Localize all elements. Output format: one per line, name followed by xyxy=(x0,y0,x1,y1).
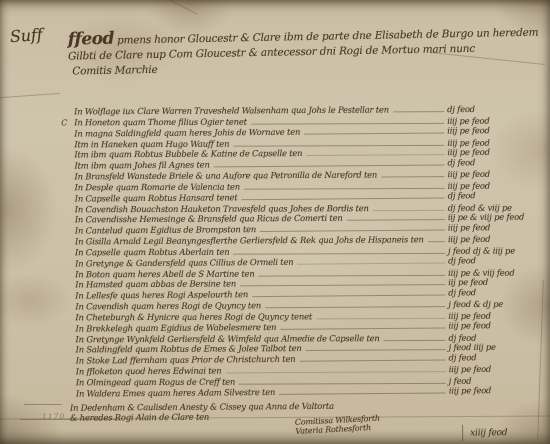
leader-line xyxy=(279,392,446,394)
leader-line xyxy=(381,176,444,177)
entry-text: In Boton quam heres Abell de S Martine t… xyxy=(75,269,254,279)
fee-amount: dj feod xyxy=(448,255,540,265)
fee-amount: iiij pe feod xyxy=(447,125,539,135)
entry-text: In Lellesfe quas heres Rogi Aspelourth t… xyxy=(75,290,248,300)
fee-amount: j feod & dj pe xyxy=(448,300,540,310)
leader-line xyxy=(233,144,444,146)
total-fees: xiiij feod xyxy=(462,425,507,441)
ink-dash xyxy=(24,404,62,405)
leader-line xyxy=(260,230,445,233)
fee-amount: iiij pe feod xyxy=(449,386,541,396)
marginal-mark: C xyxy=(61,118,74,127)
leader-line xyxy=(265,306,445,308)
footer-block: In Dedenham & Caulisden Anesty & Cissey … xyxy=(70,400,540,422)
county-label: Suff xyxy=(9,25,43,46)
leader-line xyxy=(252,295,445,298)
leader-line xyxy=(297,262,445,264)
fee-entry-row: In Cavendish Bouachston Hauketon Travesf… xyxy=(62,201,540,214)
entry-text: In Cavendish Bouachston Hauketon Travesf… xyxy=(75,204,369,214)
fee-amount: iiij pe feod xyxy=(448,235,540,245)
fee-amount: dj feod xyxy=(449,333,541,342)
entry-text: Itm in Haneken quam Hugo Wauff ten xyxy=(74,139,229,149)
leader-line xyxy=(393,111,444,112)
fee-amount: iiij pe feod xyxy=(449,365,541,375)
fee-entry-row: In Gretynge Wynkfeld Gerliersfeld & Wimf… xyxy=(63,331,541,344)
entries-list: In Wolflage iux Clare Warren Travesheld … xyxy=(61,103,541,399)
fee-entry-row: In Boton quam heres Abell de S Martine t… xyxy=(62,266,540,279)
fee-amount: iiij pe feod xyxy=(448,320,540,330)
fee-amount: dj feod xyxy=(449,353,541,363)
fee-amount: dj feod xyxy=(447,104,539,114)
document-header: ffeod pmens honor Gloucestr & Clare ibm … xyxy=(68,23,547,79)
leader-line xyxy=(384,339,446,340)
fee-amount: dj feod & viij pe xyxy=(448,203,540,212)
fee-amount: iiij pe feod xyxy=(447,138,539,147)
leader-line xyxy=(259,274,446,276)
leader-line xyxy=(428,241,445,242)
fee-amount: iiij pe feod xyxy=(448,223,540,233)
header-initial-word: ffeod xyxy=(68,29,115,50)
entry-text: In Waldera Emes quam heres Adam Silvestr… xyxy=(76,388,275,399)
entry-text: In magna Saldingfeld quam heres Johis de… xyxy=(74,127,300,138)
brace-mark xyxy=(462,425,463,441)
manuscript-page: Suff ffeod pmens honor Gloucestr & Clare… xyxy=(0,0,550,444)
leader-line xyxy=(299,360,445,362)
fee-amount: iiij pe & viij feod xyxy=(448,268,540,277)
leader-line xyxy=(280,327,445,329)
fee-entry-row: Itm in Haneken quam Hugo Wauff ten iiij … xyxy=(61,136,539,149)
leader-line xyxy=(304,132,444,134)
fee-amount: dj feod xyxy=(448,190,540,200)
pencil-shelfmark: 1170 xyxy=(42,412,65,421)
leader-line xyxy=(225,371,445,373)
entry-text: Itm ibm quam Johes fil Agnes ten xyxy=(74,161,209,171)
leader-line xyxy=(241,197,444,200)
fee-amount: iiij pe feod xyxy=(448,169,540,179)
entry-text: In Capselle quam Robtus Hansard tenet xyxy=(75,193,238,203)
entry-text: In Cantelud quam Egidius de Brompston te… xyxy=(75,225,256,235)
entry-text: In Gretynge Wynkfeld Gerliersfeld & Wimf… xyxy=(76,334,380,344)
total-fees-value: xiiij feod xyxy=(470,428,507,438)
leader-line xyxy=(214,165,445,168)
leader-line xyxy=(373,209,445,210)
fee-amount: dj feod xyxy=(447,158,539,168)
fee-amount: dj feod xyxy=(448,288,540,298)
